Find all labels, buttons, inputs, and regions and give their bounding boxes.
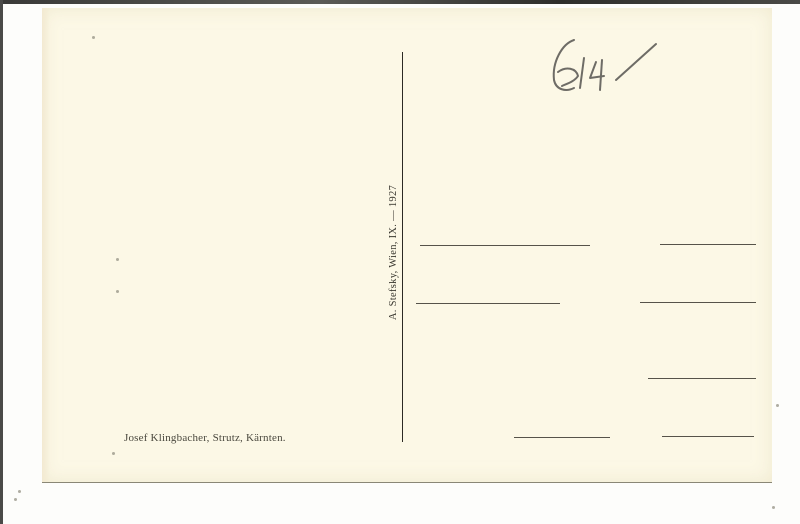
address-line-3 <box>648 378 756 379</box>
address-line-2a <box>416 303 560 304</box>
dust-speck <box>14 498 17 501</box>
dust-speck <box>116 290 119 293</box>
address-line-1a <box>420 245 590 246</box>
dust-speck <box>116 258 119 261</box>
dust-speck <box>18 490 21 493</box>
dust-speck <box>92 36 95 39</box>
publisher-imprint: A. Stefsky, Wien, IX. — 1927 <box>386 162 402 342</box>
sender-imprint: Josef Klingbacher, Strutz, Kärnten. <box>124 432 286 444</box>
scan-border-left <box>0 0 3 524</box>
scan-border-top <box>0 0 800 4</box>
postcard-back: C141 A. Stefsky, Wien, IX. — 1927 Josef … <box>42 8 772 483</box>
dust-speck <box>776 404 779 407</box>
publisher-imprint-text: A. Stefsky, Wien, IX. — 1927 <box>389 184 400 319</box>
address-line-1b <box>660 244 756 245</box>
handwritten-note-text: C141 <box>544 32 547 33</box>
address-line-2b <box>640 302 756 303</box>
dust-speck <box>772 506 775 509</box>
center-divider-line <box>402 52 403 442</box>
handwritten-pencil-note: C141 <box>544 32 674 98</box>
address-line-4a <box>514 437 610 438</box>
address-line-4b <box>662 436 754 437</box>
dust-speck <box>112 452 115 455</box>
